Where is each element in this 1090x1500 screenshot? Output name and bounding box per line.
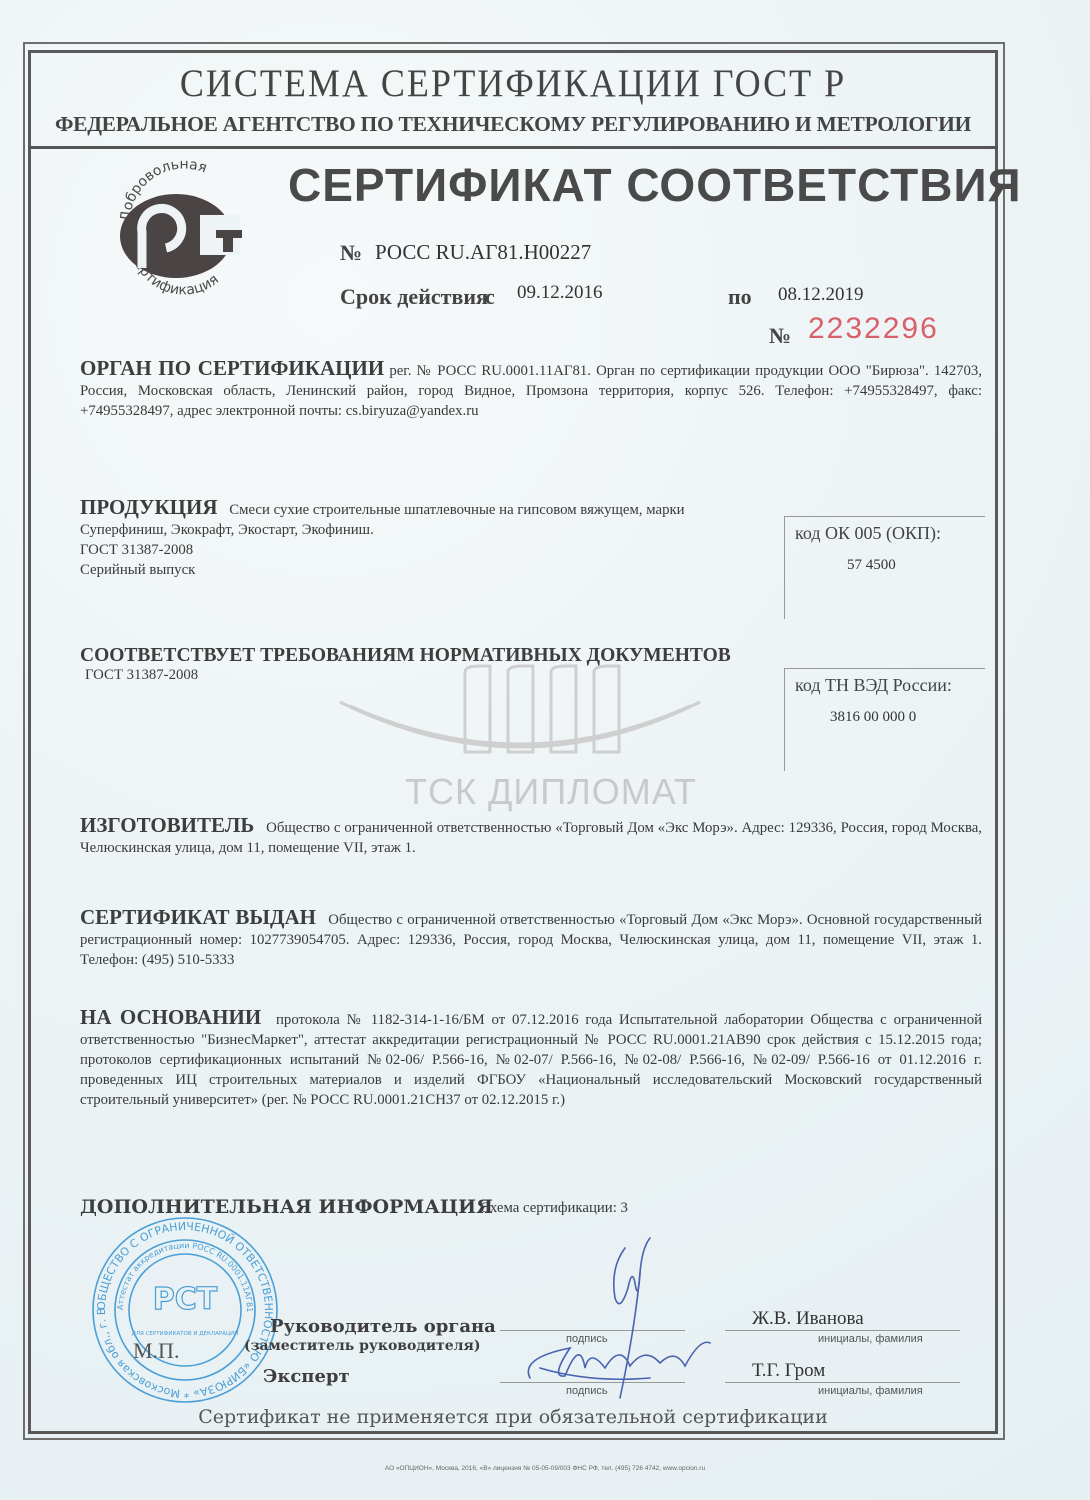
head-name-line (725, 1330, 960, 1331)
validity-from-label: с (485, 284, 495, 310)
validity-label: Срок действия (340, 284, 488, 310)
head-of-body-label: Руководитель органа (270, 1316, 496, 1337)
stamp-place-label: М.П. (133, 1338, 179, 1364)
agency-name: ФЕДЕРАЛЬНОЕ АГЕНТСТВО ПО ТЕХНИЧЕСКОМУ РЕ… (28, 112, 998, 137)
signature-scribble-icon (510, 1228, 750, 1408)
voluntary-disclaimer: Сертификат не применяется при обязательн… (28, 1406, 998, 1428)
blank-number-sign: № (769, 323, 791, 349)
tnved-code-box: код ТН ВЭД России: 3816 00 000 0 (784, 668, 985, 771)
section-basis: НА ОСНОВАНИИ протокола № 1182-314-1-16/Б… (80, 1007, 982, 1110)
okp-code-value: 57 4500 (847, 557, 896, 574)
tnved-code-label: код ТН ВЭД России: (795, 675, 952, 696)
product-line-2: Суперфиниш, Экокрафт, Экостарт, Экофиниш… (80, 520, 762, 540)
validity-to-label: по (728, 284, 752, 310)
svg-text:ДЛЯ СЕРТИФИКАТОВ И ДЕКЛАРАЦИЙ: ДЛЯ СЕРТИФИКАТОВ И ДЕКЛАРАЦИЙ (132, 1330, 239, 1337)
blank-serial-number: 2232296 (808, 312, 939, 346)
certification-body-heading: ОРГАН ПО СЕРТИФИКАЦИИ (80, 356, 384, 380)
compliance-heading: СООТВЕТСТВУЕТ ТРЕБОВАНИЯМ НОРМАТИВНЫХ ДО… (80, 645, 731, 667)
section-product: ПРОДУКЦИЯ Смеси сухие строительные шпатл… (80, 497, 762, 580)
product-heading: ПРОДУКЦИЯ (80, 495, 218, 519)
expert-name-line (725, 1382, 960, 1383)
product-line-1: Смеси сухие строительные шпатлевочные на… (229, 502, 684, 518)
expert-name: Т.Г. Гром (752, 1360, 825, 1382)
head-name: Ж.В. Иванова (752, 1308, 864, 1330)
stamp-seal-icon: ОБЩЕСТВО С ОГРАНИЧЕННОЙ ОТВЕТСТВЕННОСТЬЮ… (90, 1215, 280, 1405)
issued-to-heading: СЕРТИФИКАТ ВЫДАН (80, 905, 316, 929)
expert-name-caption: инициалы, фамилия (818, 1385, 923, 1397)
rst-logo-icon: Добровольная сертификация (112, 160, 252, 300)
system-title: СИСТЕМА СЕРТИФИКАЦИИ ГОСТ Р (28, 60, 998, 106)
head-name-caption: инициалы, фамилия (818, 1333, 923, 1345)
section-certification-body: ОРГАН ПО СЕРТИФИКАЦИИ рег. № РОСС RU.000… (80, 358, 982, 421)
watermark-columns-icon (330, 662, 710, 782)
head-deputy-label: (заместитель руководителя) (244, 1338, 481, 1354)
product-release-type: Серийный выпуск (80, 560, 762, 580)
certificate-title: СЕРТИФИКАТ СООТВЕТСТВИЯ (288, 158, 1022, 212)
certificate-number: РОСС RU.АГ81.Н00227 (375, 240, 591, 265)
header-divider (28, 146, 998, 149)
watermark-text: ТСК ДИПЛОМАТ (405, 771, 697, 813)
watermark-logo (330, 662, 710, 782)
okp-code-label: код ОК 005 (ОКП): (795, 523, 941, 544)
expert-label: Эксперт (263, 1366, 350, 1387)
manufacturer-heading: ИЗГОТОВИТЕЛЬ (80, 813, 254, 837)
blue-stamp: ОБЩЕСТВО С ОГРАНИЧЕННОЙ ОТВЕТСТВЕННОСТЬЮ… (90, 1215, 280, 1405)
basis-heading: НА ОСНОВАНИИ (80, 1005, 261, 1029)
additional-info-text: Схема сертификации: 3 (480, 1198, 628, 1218)
compliance-standard: ГОСТ 31387-2008 (85, 665, 198, 685)
tnved-code-value: 3816 00 000 0 (830, 709, 916, 726)
product-standard: ГОСТ 31387-2008 (80, 540, 762, 560)
printer-footer: АО «ОПЦИОН», Москва, 2016, «В» лицензия … (0, 1465, 1090, 1472)
svg-text:РСТ: РСТ (153, 1282, 218, 1317)
section-issued-to: СЕРТИФИКАТ ВЫДАН Общество с ограниченной… (80, 907, 982, 970)
footer-divider (28, 1432, 998, 1434)
valid-from-date: 09.12.2016 (517, 282, 603, 304)
handwritten-signatures (510, 1228, 750, 1408)
number-sign: № (340, 240, 362, 266)
section-manufacturer: ИЗГОТОВИТЕЛЬ Общество с ограниченной отв… (80, 815, 982, 858)
okp-code-box: код ОК 005 (ОКП): 57 4500 (784, 516, 985, 619)
valid-to-date: 08.12.2019 (778, 284, 864, 306)
rst-logo: Добровольная сертификация (112, 160, 252, 300)
